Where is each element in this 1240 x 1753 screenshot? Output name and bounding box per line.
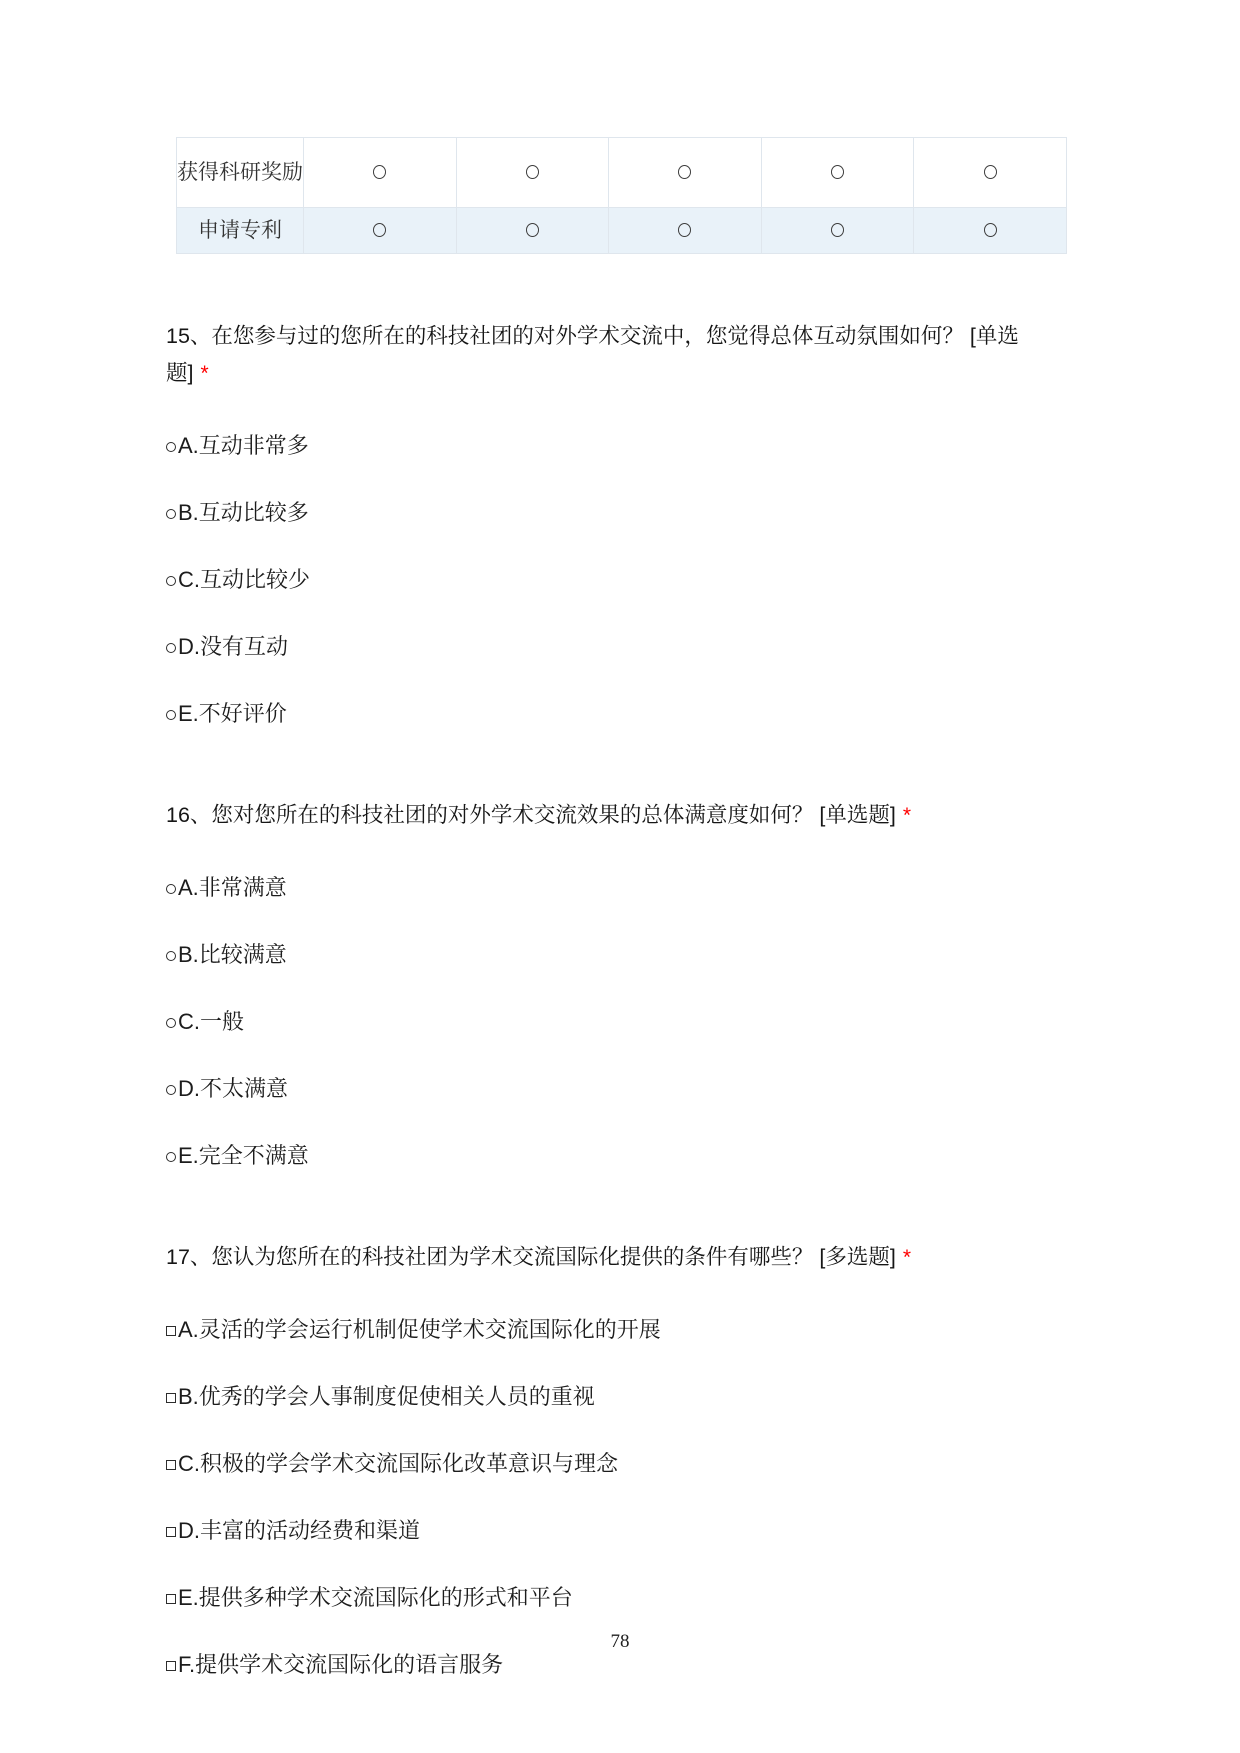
option-row[interactable]: B.优秀的学会人事制度促使相关人员的重视 bbox=[166, 1383, 1150, 1410]
checkbox-icon[interactable] bbox=[166, 1393, 176, 1403]
radio-icon[interactable] bbox=[984, 165, 997, 179]
option-row[interactable]: E.提供多种学术交流国际化的形式和平台 bbox=[166, 1584, 1150, 1611]
option-label: A.灵活的学会运行机制促使学术交流国际化的开展 bbox=[178, 1317, 661, 1342]
option-label: E.完全不满意 bbox=[178, 1143, 309, 1168]
option-row[interactable]: D.没有互动 bbox=[166, 633, 1150, 660]
radio-icon[interactable] bbox=[526, 165, 539, 179]
matrix-table: 获得科研奖励 申请专利 bbox=[176, 137, 1067, 254]
radio-icon[interactable] bbox=[166, 884, 176, 894]
radio-icon[interactable] bbox=[831, 223, 844, 237]
option-label: D.不太满意 bbox=[178, 1076, 288, 1101]
option-label: B.比较满意 bbox=[178, 942, 287, 967]
option-row[interactable]: A.互动非常多 bbox=[166, 432, 1150, 459]
option-row[interactable]: E.完全不满意 bbox=[166, 1142, 1150, 1169]
radio-icon[interactable] bbox=[678, 165, 691, 179]
option-row[interactable]: F.提供学术交流国际化的语言服务 bbox=[166, 1651, 1150, 1678]
radio-cell[interactable] bbox=[304, 208, 457, 254]
option-label: A.非常满意 bbox=[178, 875, 287, 900]
radio-cell[interactable] bbox=[914, 208, 1067, 254]
row-label: 获得科研奖励 bbox=[177, 138, 304, 208]
question-title: 17、您认为您所在的科技社团为学术交流国际化提供的条件有哪些？ [多选题]* bbox=[166, 1239, 1038, 1276]
option-row[interactable]: C.互动比较少 bbox=[166, 566, 1150, 593]
radio-icon[interactable] bbox=[166, 1018, 176, 1028]
option-label: B.互动比较多 bbox=[178, 500, 309, 525]
option-label: A.互动非常多 bbox=[178, 433, 309, 458]
table-row: 申请专利 bbox=[177, 208, 1067, 254]
option-label: E.提供多种学术交流国际化的形式和平台 bbox=[178, 1585, 573, 1610]
radio-cell[interactable] bbox=[456, 138, 609, 208]
checkbox-icon[interactable] bbox=[166, 1594, 176, 1604]
option-label: C.互动比较少 bbox=[178, 567, 310, 592]
radio-icon[interactable] bbox=[678, 223, 691, 237]
option-label: E.不好评价 bbox=[178, 701, 287, 726]
document-page: 获得科研奖励 申请专利 15、在您参与过的您所在的科技社团的对 bbox=[0, 0, 1240, 1753]
option-row[interactable]: D.不太满意 bbox=[166, 1075, 1150, 1102]
radio-icon[interactable] bbox=[831, 165, 844, 179]
radio-cell[interactable] bbox=[609, 138, 762, 208]
radio-icon[interactable] bbox=[373, 165, 386, 179]
radio-icon[interactable] bbox=[373, 223, 386, 237]
radio-cell[interactable] bbox=[761, 208, 914, 254]
page-content: 获得科研奖励 申请专利 15、在您参与过的您所在的科技社团的对 bbox=[0, 137, 1240, 1678]
checkbox-icon[interactable] bbox=[166, 1326, 176, 1336]
table-row: 获得科研奖励 bbox=[177, 138, 1067, 208]
page-number: 78 bbox=[0, 1631, 1240, 1653]
checkbox-icon[interactable] bbox=[166, 1661, 176, 1671]
option-row[interactable]: C.积极的学会学术交流国际化改革意识与理念 bbox=[166, 1450, 1150, 1477]
question-title: 16、您对您所在的科技社团的对外学术交流效果的总体满意度如何？ [单选题]* bbox=[166, 797, 1038, 834]
question-text: 16、您对您所在的科技社团的对外学术交流效果的总体满意度如何？ [单选题] bbox=[166, 803, 896, 827]
required-asterisk: * bbox=[903, 1246, 911, 1269]
option-label: F.提供学术交流国际化的语言服务 bbox=[178, 1652, 503, 1677]
radio-icon[interactable] bbox=[166, 643, 176, 653]
radio-icon[interactable] bbox=[166, 442, 176, 452]
row-label: 申请专利 bbox=[177, 208, 304, 254]
question-title: 15、在您参与过的您所在的科技社团的对外学术交流中，您觉得总体互动氛围如何？ [… bbox=[166, 318, 1038, 392]
option-row[interactable]: B.比较满意 bbox=[166, 941, 1150, 968]
option-label: C.积极的学会学术交流国际化改革意识与理念 bbox=[178, 1451, 618, 1476]
option-label: B.优秀的学会人事制度促使相关人员的重视 bbox=[178, 1384, 595, 1409]
radio-cell[interactable] bbox=[304, 138, 457, 208]
radio-icon[interactable] bbox=[166, 1152, 176, 1162]
option-label: C.一般 bbox=[178, 1009, 244, 1034]
option-row[interactable]: B.互动比较多 bbox=[166, 499, 1150, 526]
option-row[interactable]: A.非常满意 bbox=[166, 874, 1150, 901]
radio-icon[interactable] bbox=[166, 509, 176, 519]
option-row[interactable]: E.不好评价 bbox=[166, 700, 1150, 727]
radio-icon[interactable] bbox=[166, 951, 176, 961]
radio-icon[interactable] bbox=[166, 576, 176, 586]
checkbox-icon[interactable] bbox=[166, 1527, 176, 1537]
question-text: 15、在您参与过的您所在的科技社团的对外学术交流中，您觉得总体互动氛围如何？ [… bbox=[166, 324, 1019, 385]
option-label: D.没有互动 bbox=[178, 634, 288, 659]
option-row[interactable]: C.一般 bbox=[166, 1008, 1150, 1035]
option-label: D.丰富的活动经费和渠道 bbox=[178, 1518, 420, 1543]
radio-icon[interactable] bbox=[166, 710, 176, 720]
required-asterisk: * bbox=[903, 804, 911, 827]
radio-cell[interactable] bbox=[456, 208, 609, 254]
radio-cell[interactable] bbox=[609, 208, 762, 254]
radio-icon[interactable] bbox=[166, 1085, 176, 1095]
radio-cell[interactable] bbox=[914, 138, 1067, 208]
radio-icon[interactable] bbox=[984, 223, 997, 237]
option-row[interactable]: D.丰富的活动经费和渠道 bbox=[166, 1517, 1150, 1544]
question-text: 17、您认为您所在的科技社团为学术交流国际化提供的条件有哪些？ [多选题] bbox=[166, 1245, 896, 1269]
option-row[interactable]: A.灵活的学会运行机制促使学术交流国际化的开展 bbox=[166, 1316, 1150, 1343]
radio-cell[interactable] bbox=[761, 138, 914, 208]
radio-icon[interactable] bbox=[526, 223, 539, 237]
checkbox-icon[interactable] bbox=[166, 1460, 176, 1470]
required-asterisk: * bbox=[200, 362, 208, 385]
